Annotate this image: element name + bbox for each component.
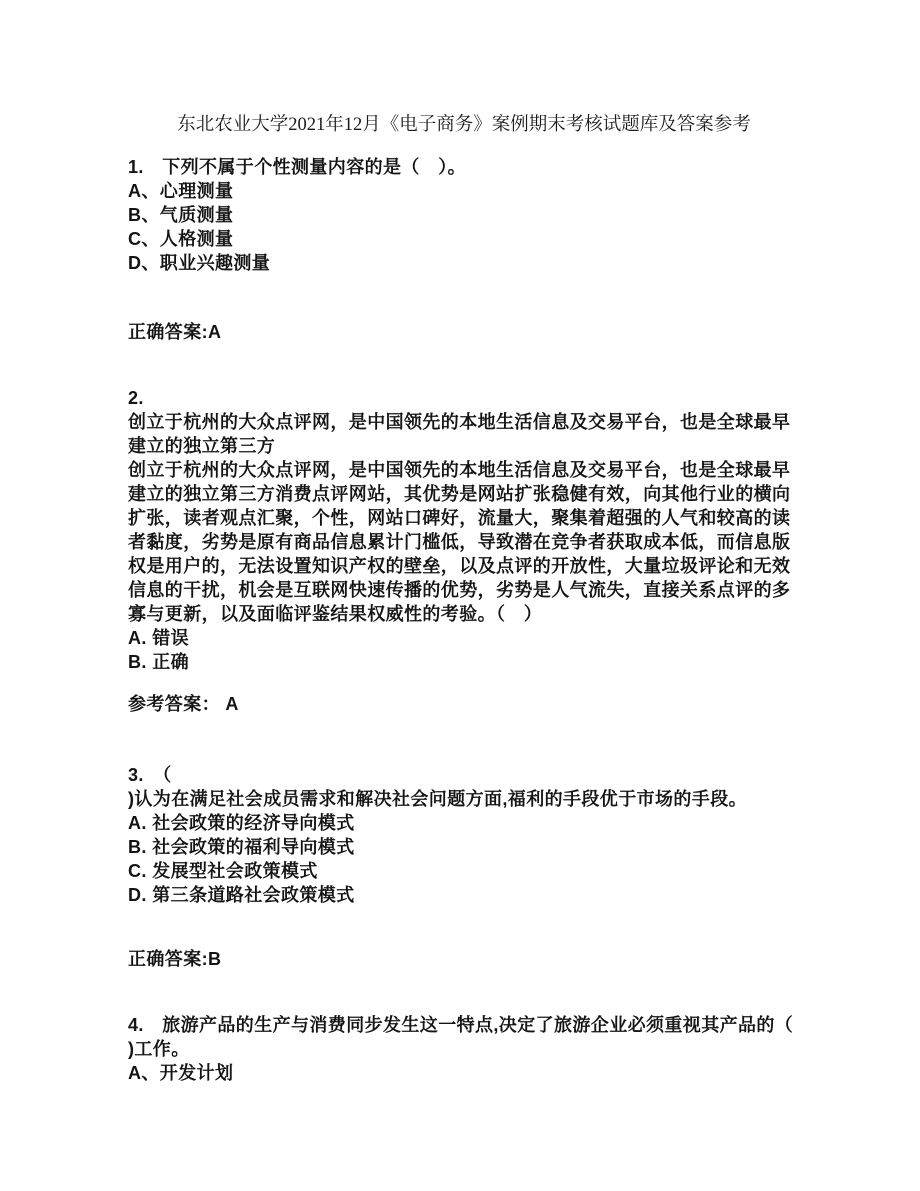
question-2-heading: 2. bbox=[128, 386, 800, 410]
question-3: 3. （ )认为在满足社会成员需求和解决社会问题方面,福利的手段优于市场的手段。… bbox=[128, 763, 800, 971]
question-1-heading: 1. 下列不属于个性测量内容的是（ ）。 bbox=[128, 155, 800, 179]
question-3-option-c: C. 发展型社会政策模式 bbox=[128, 859, 800, 883]
question-2-stem-line: 建立的独立第三方 bbox=[128, 434, 800, 458]
question-3-option-d: D. 第三条道路社会政策模式 bbox=[128, 883, 800, 907]
question-1-option-d: D、职业兴趣测量 bbox=[128, 251, 800, 275]
question-1-answer: 正确答案:A bbox=[128, 320, 800, 344]
question-2-stem-line: 者黏度，劣势是原有商品信息累计门槛低，导致潜在竞争者获取成本低，而信息版 bbox=[128, 530, 800, 554]
question-1-option-a: A、心理测量 bbox=[128, 179, 800, 203]
question-2-answer: 参考答案： A bbox=[128, 692, 800, 716]
question-3-option-a: A. 社会政策的经济导向模式 bbox=[128, 811, 800, 835]
question-2-stem-line: 创立于杭州的大众点评网，是中国领先的本地生活信息及交易平台，也是全球最早 bbox=[128, 410, 800, 434]
question-1-option-c: C、人格测量 bbox=[128, 227, 800, 251]
question-2: 2. 创立于杭州的大众点评网，是中国领先的本地生活信息及交易平台，也是全球最早 … bbox=[128, 386, 800, 716]
question-2-stem-line: 权是用户的，无法设置知识产权的壁垒，以及点评的开放性，大量垃圾评论和无效 bbox=[128, 554, 800, 578]
question-2-option-a: A. 错误 bbox=[128, 626, 800, 650]
question-2-stem-line: 创立于杭州的大众点评网，是中国领先的本地生活信息及交易平台，也是全球最早 bbox=[128, 458, 800, 482]
question-4: 4. 旅游产品的生产与消费同步发生这一特点,决定了旅游企业必须重视其产品的（ )… bbox=[128, 1013, 800, 1085]
question-3-option-b: B. 社会政策的福利导向模式 bbox=[128, 835, 800, 859]
question-1-option-b: B、气质测量 bbox=[128, 203, 800, 227]
question-4-option-a: A、开发计划 bbox=[128, 1061, 800, 1085]
question-2-stem-line: 寡与更新，以及面临评鉴结果权威性的考验。（ ） bbox=[128, 602, 800, 626]
question-2-stem-line: 扩张，读者观点汇聚，个性，网站口碑好，流量大，聚集着超强的人气和较高的读 bbox=[128, 506, 800, 530]
exam-document-page: 东北农业大学2021年12月《电子商务》案例期末考核试题库及答案参考 1. 下列… bbox=[0, 0, 920, 1191]
question-3-heading: 3. （ bbox=[128, 763, 800, 787]
question-1: 1. 下列不属于个性测量内容的是（ ）。 A、心理测量 B、气质测量 C、人格测… bbox=[128, 155, 800, 344]
document-title: 东北农业大学2021年12月《电子商务》案例期末考核试题库及答案参考 bbox=[128, 112, 800, 138]
question-3-stem-line: )认为在满足社会成员需求和解决社会问题方面,福利的手段优于市场的手段。 bbox=[128, 787, 800, 811]
question-4-stem-line: )工作。 bbox=[128, 1037, 800, 1061]
question-2-stem-line: 建立的独立第三方消费点评网站，其优势是网站扩张稳健有效，向其他行业的横向 bbox=[128, 482, 800, 506]
question-4-heading: 4. 旅游产品的生产与消费同步发生这一特点,决定了旅游企业必须重视其产品的（ bbox=[128, 1013, 800, 1037]
question-2-stem-line: 信息的干扰，机会是互联网快速传播的优势，劣势是人气流失，直接关系点评的多 bbox=[128, 578, 800, 602]
question-3-answer: 正确答案:B bbox=[128, 947, 800, 971]
question-2-option-b: B. 正确 bbox=[128, 650, 800, 674]
